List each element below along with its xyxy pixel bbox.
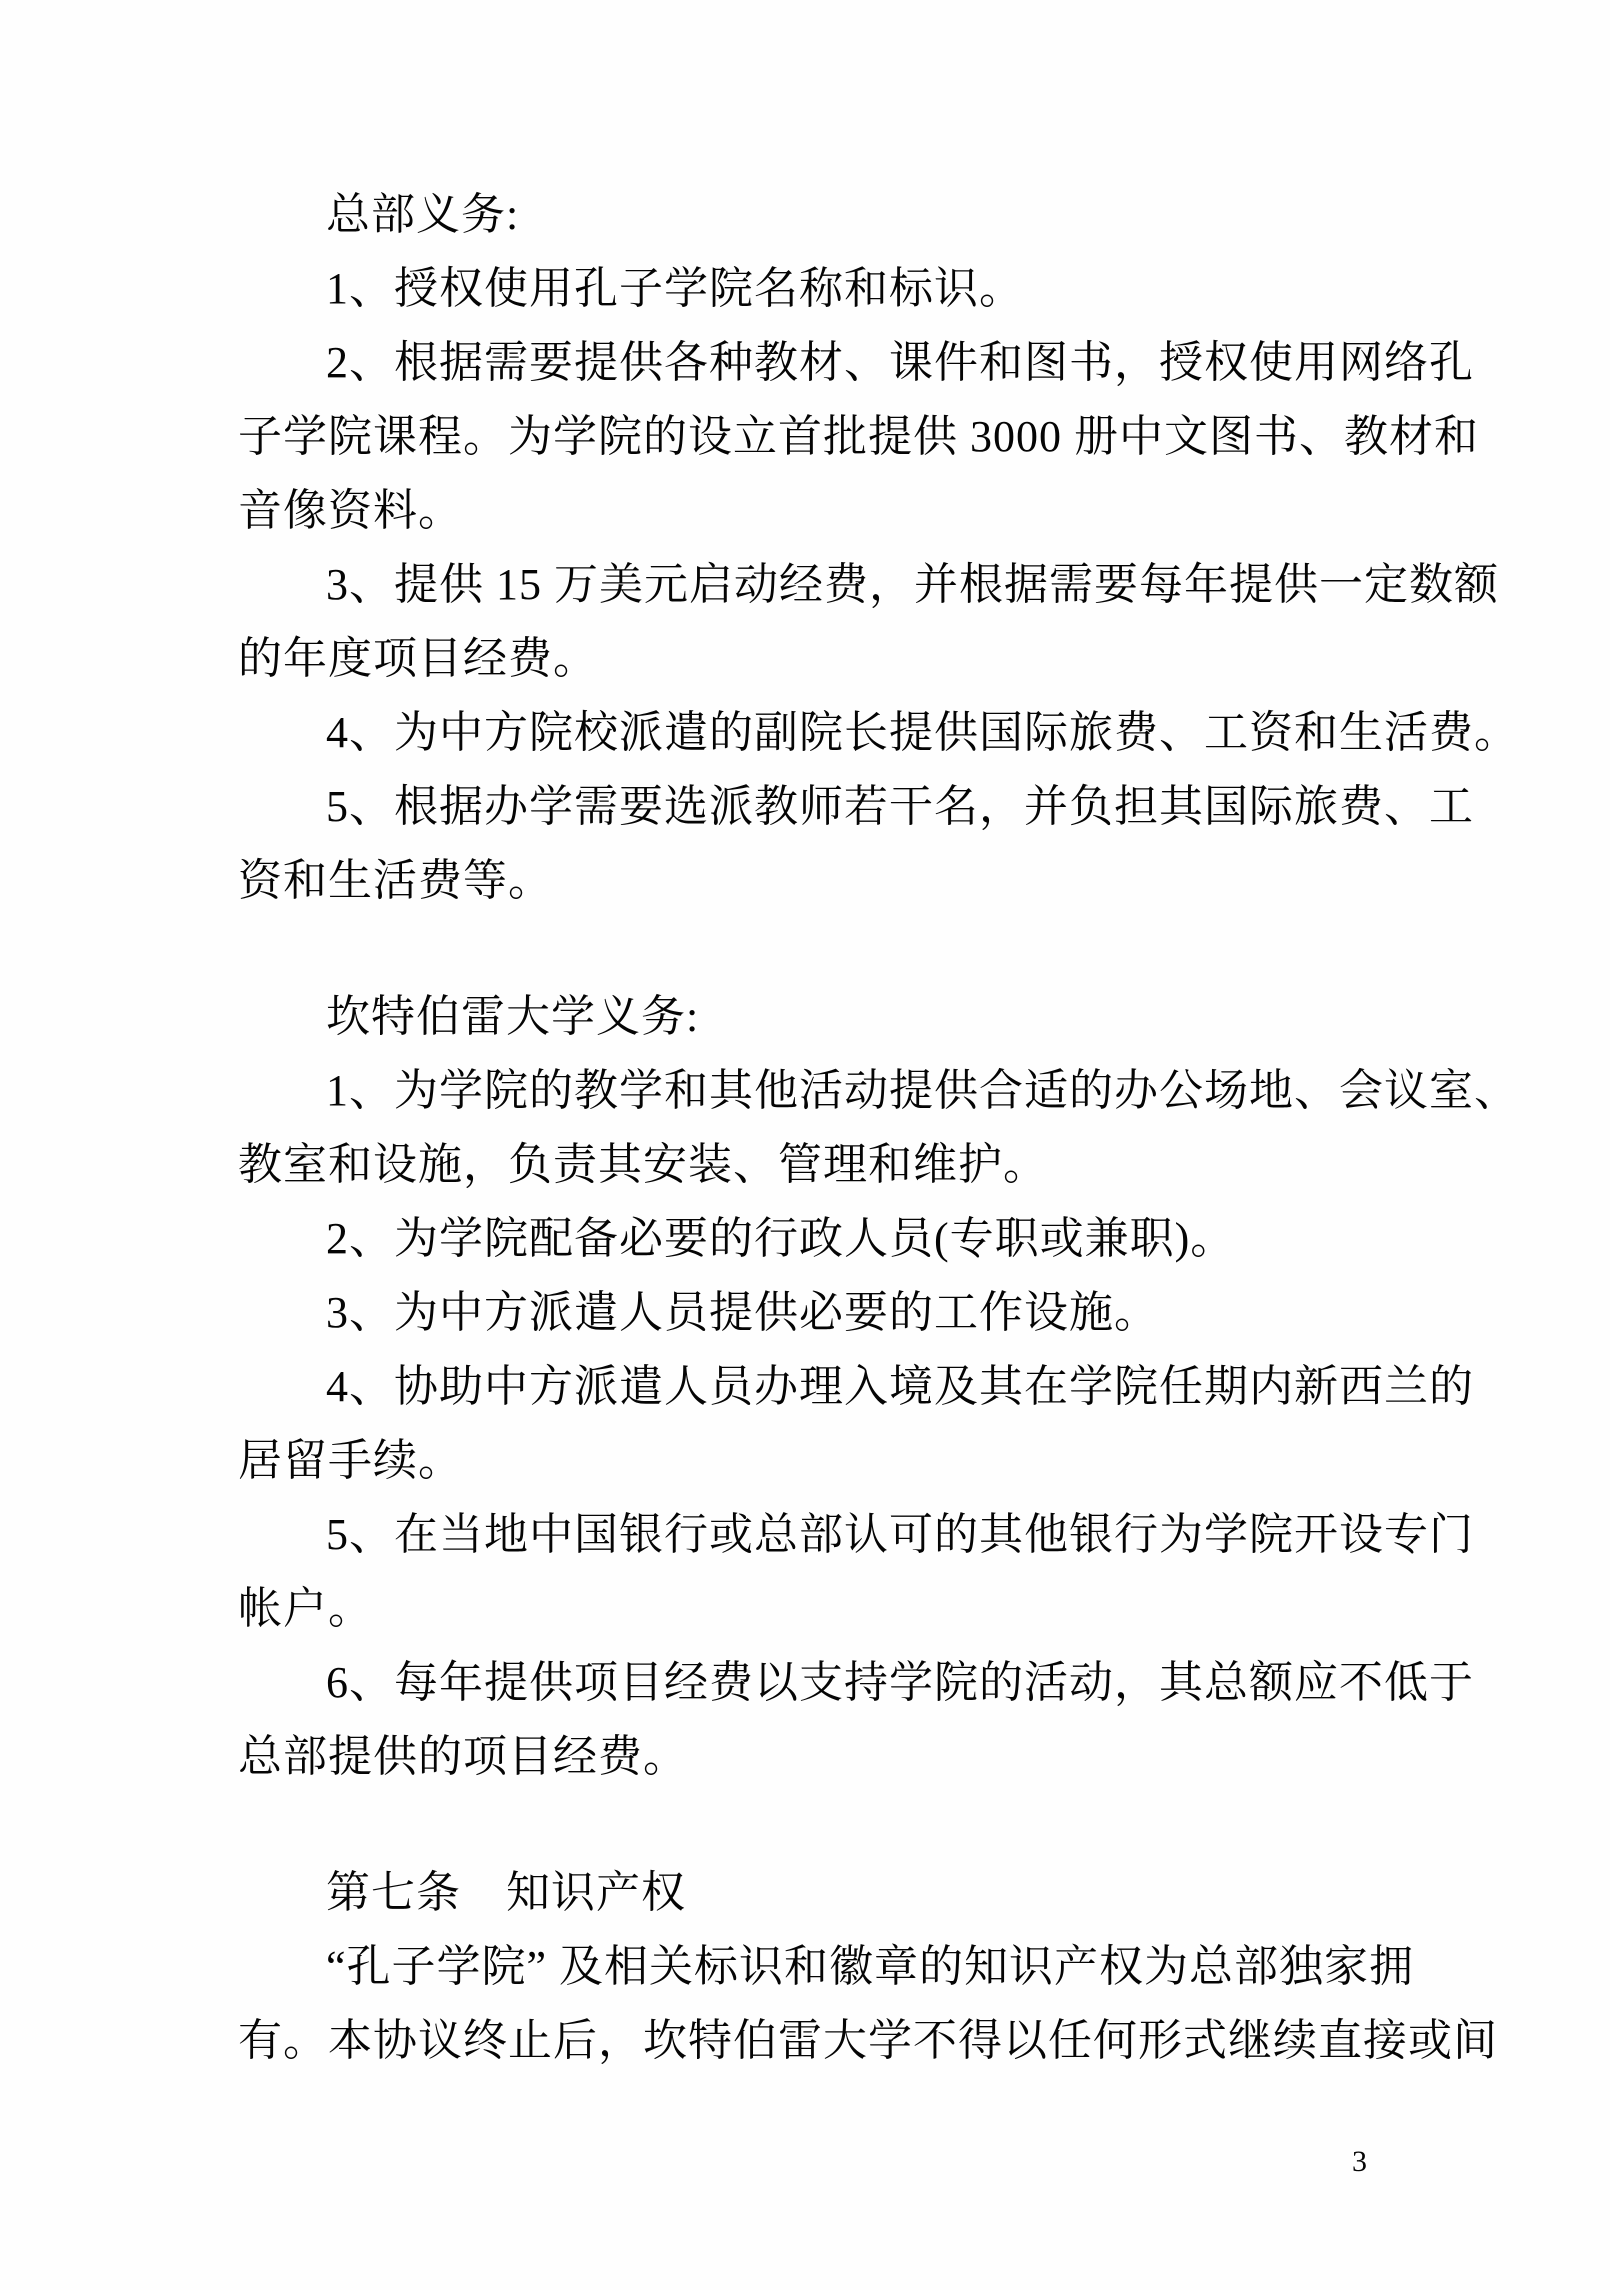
text-line: 音像资料。 (238, 482, 1408, 556)
text-line: 坎特伯雷大学义务: (238, 988, 1408, 1062)
document-page: 总部义务:1、授权使用孔子学院名称和标识。2、根据需要提供各种教材、课件和图书，… (0, 0, 1610, 2290)
text-line: 1、授权使用孔子学院名称和标识。 (238, 260, 1408, 334)
text-line: 子学院课程。为学院的设立首批提供 3000 册中文图书、教材和 (238, 408, 1408, 482)
text-line: 资和生活费等。 (238, 852, 1408, 926)
text-line: 教室和设施，负责其安装、管理和维护。 (238, 1136, 1408, 1210)
text-line: 3、为中方派遣人员提供必要的工作设施。 (238, 1284, 1408, 1358)
text-line: 的年度项目经费。 (238, 630, 1408, 704)
text-line: 3、提供 15 万美元启动经费，并根据需要每年提供一定数额 (238, 556, 1408, 630)
text-line: 有。本协议终止后，坎特伯雷大学不得以任何形式继续直接或间 (238, 2012, 1408, 2086)
text-line: 1、为学院的教学和其他活动提供合适的办公场地、会议室、 (238, 1062, 1408, 1136)
text-line: 第七条 知识产权 (238, 1864, 1408, 1938)
text-line: 5、根据办学需要选派教师若干名，并负担其国际旅费、工 (238, 778, 1408, 852)
text-line: 总部义务: (238, 186, 1408, 260)
text-line: 4、为中方院校派遣的副院长提供国际旅费、工资和生活费。 (238, 704, 1408, 778)
text-line: 2、根据需要提供各种教材、课件和图书，授权使用网络孔 (238, 334, 1408, 408)
page-number: 3 (1352, 2144, 1367, 2180)
document-body: 总部义务:1、授权使用孔子学院名称和标识。2、根据需要提供各种教材、课件和图书，… (238, 186, 1408, 2086)
text-line: 5、在当地中国银行或总部认可的其他银行为学院开设专门 (238, 1506, 1408, 1580)
text-line: 2、为学院配备必要的行政人员(专职或兼职)。 (238, 1210, 1408, 1284)
text-line: “孔子学院” 及相关标识和徽章的知识产权为总部独家拥 (238, 1938, 1408, 2012)
text-line: 4、协助中方派遣人员办理入境及其在学院任期内新西兰的 (238, 1358, 1408, 1432)
text-line: 帐户。 (238, 1580, 1408, 1654)
text-line: 居留手续。 (238, 1432, 1408, 1506)
text-line: 总部提供的项目经费。 (238, 1728, 1408, 1802)
text-line: 6、每年提供项目经费以支持学院的活动，其总额应不低于 (238, 1654, 1408, 1728)
